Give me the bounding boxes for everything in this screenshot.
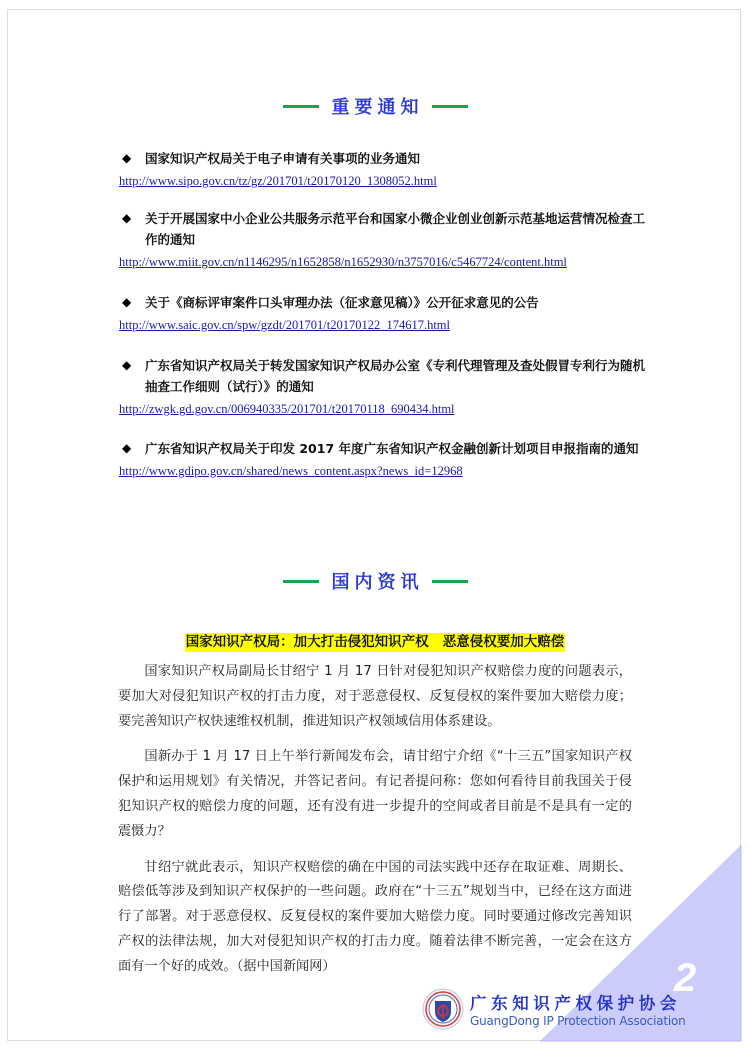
diamond-bullet-icon: ◆ (122, 296, 131, 308)
notice-title: ◆ 广东省知识产权局关于转发国家知识产权局办公室《专利代理管理及查处假冒专利行为… (119, 355, 649, 397)
header-bar-right (432, 105, 468, 108)
notice-title: ◆ 广东省知识产权局关于印发 2017 年度广东省知识产权金融创新计划项目申报指… (119, 438, 649, 459)
notice-title: ◆ 关于《商标评审案件口头审理办法（征求意见稿）》公开征求意见的公告 (119, 292, 649, 313)
association-name-en: GuangDong IP Protection Association (470, 1014, 686, 1028)
notice-item: ◆ 广东省知识产权局关于转发国家知识产权局办公室《专利代理管理及查处假冒专利行为… (119, 355, 649, 417)
association-name-cn: 广东知识产权保护协会 (470, 990, 681, 1014)
notice-link[interactable]: http://zwgk.gd.gov.cn/006940335/201701/t… (119, 401, 649, 417)
notice-title-text: 关于开展国家中小企业公共服务示范平台和国家小微企业创业创新示范基地运营情况检查工… (145, 211, 645, 247)
notice-title: ◆ 国家知识产权局关于电子申请有关事项的业务通知 (119, 148, 649, 169)
notice-title: ◆ 关于开展国家中小企业公共服务示范平台和国家小微企业创业创新示范基地运营情况检… (119, 208, 649, 250)
notice-title-text: 国家知识产权局关于电子申请有关事项的业务通知 (145, 151, 420, 166)
header-bar-left (283, 580, 319, 583)
diamond-bullet-icon: ◆ (122, 442, 131, 454)
notice-item: ◆ 广东省知识产权局关于印发 2017 年度广东省知识产权金融创新计划项目申报指… (119, 438, 649, 479)
header-bar-left (283, 105, 319, 108)
diamond-bullet-icon: ◆ (122, 152, 131, 164)
article-headline: 国家知识产权局：加大打击侵犯知识产权 恶意侵权要加大赔偿 (185, 633, 566, 652)
diamond-bullet-icon: ◆ (122, 359, 131, 371)
article-body: 国家知识产权局副局长甘绍宁 1 月 17 日针对侵犯知识产权赔偿力度的问题表示，… (118, 660, 632, 991)
association-logo-icon (422, 988, 464, 1030)
article-paragraph: 甘绍宁就此表示，知识产权赔偿的确在中国的司法实践中还存在取证难、周期长、赔偿低等… (118, 856, 632, 980)
notice-item: ◆ 关于开展国家中小企业公共服务示范平台和国家小微企业创业创新示范基地运营情况检… (119, 208, 649, 270)
section-title-domestic-news: 国内资讯 (327, 568, 424, 594)
notice-link[interactable]: http://www.miit.gov.cn/n1146295/n1652858… (119, 254, 649, 270)
notice-item: ◆ 国家知识产权局关于电子申请有关事项的业务通知 http://www.sipo… (119, 148, 649, 189)
article-paragraph: 国新办于 1 月 17 日上午举行新闻发布会，请甘绍宁介绍《“十三五”国家知识产… (118, 745, 632, 844)
article-paragraph: 国家知识产权局副局长甘绍宁 1 月 17 日针对侵犯知识产权赔偿力度的问题表示，… (118, 660, 632, 734)
notice-title-text: 关于《商标评审案件口头审理办法（征求意见稿）》公开征求意见的公告 (145, 295, 539, 310)
notice-link[interactable]: http://www.saic.gov.cn/spw/gzdt/201701/t… (119, 317, 649, 333)
notice-title-text: 广东省知识产权局关于印发 2017 年度广东省知识产权金融创新计划项目申报指南的… (145, 441, 639, 456)
notice-title-text: 广东省知识产权局关于转发国家知识产权局办公室《专利代理管理及查处假冒专利行为随机… (145, 358, 645, 394)
header-bar-right (432, 580, 468, 583)
notice-link[interactable]: http://www.sipo.gov.cn/tz/gz/201701/t201… (119, 173, 649, 189)
section-header-domestic-news: 国内资讯 (0, 567, 750, 595)
page-number: 2 (674, 956, 696, 1001)
section-title-notices: 重要通知 (327, 93, 424, 119)
diamond-bullet-icon: ◆ (122, 212, 131, 224)
article-headline-wrap: 国家知识产权局：加大打击侵犯知识产权 恶意侵权要加大赔偿 (0, 631, 750, 652)
notice-item: ◆ 关于《商标评审案件口头审理办法（征求意见稿）》公开征求意见的公告 http:… (119, 292, 649, 333)
section-header-notices: 重要通知 (0, 92, 750, 120)
notice-link[interactable]: http://www.gdipo.gov.cn/shared/news_cont… (119, 463, 649, 479)
